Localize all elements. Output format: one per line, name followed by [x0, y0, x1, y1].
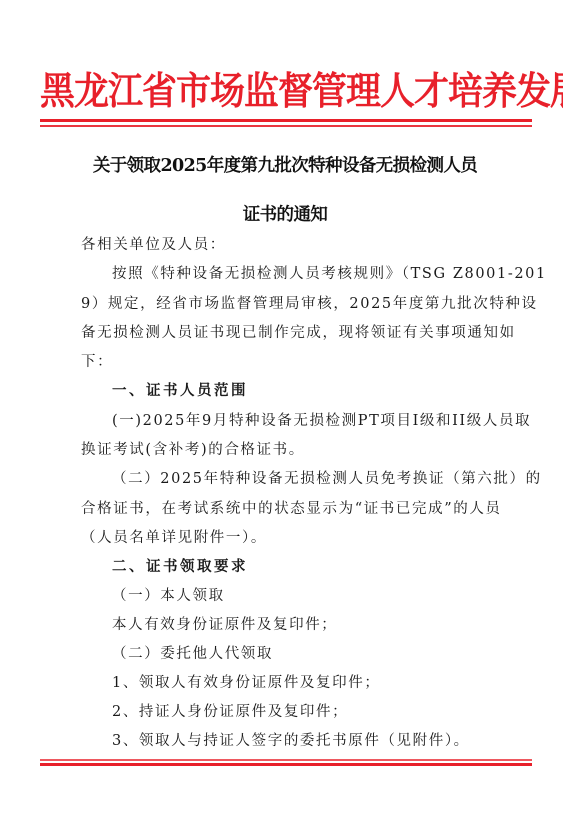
document-page: 黑龙江省市场监督管理人才培养发展中心 关于领取2025年度第九批次特种设备无损检… [0, 0, 563, 813]
section-2-sub-1-label: （一）本人领取 [112, 587, 225, 605]
footer-rule-thick [40, 763, 532, 766]
section-1-item-1-line: (一)2025年9月特种设备无损检测PT项目I级和II级人员取 [112, 412, 531, 430]
salutation: 各相关单位及人员： [81, 236, 226, 254]
section-1-item-1-line: 换证考试(含补考)的合格证书。 [81, 441, 305, 459]
section-2-sub-2-item: 2、持证人身份证原件及复印件； [112, 703, 348, 721]
intro-line: 9）规定，经省市场监督管理局审核，2025年度第九批次特种设 [81, 295, 538, 313]
notice-title-line-1: 关于领取2025年度第九批次特种设备无损检测人员 [60, 152, 510, 177]
section-1-heading: 一、证书人员范围 [112, 382, 248, 400]
intro-line: 按照《特种设备无损检测人员考核规则》（TSG Z8001-201 [112, 265, 547, 283]
intro-line: 备无损检测人员证书现已制作完成，现将领证有关事项通知如 [81, 324, 516, 342]
notice-title-line-2: 证书的通知 [60, 201, 510, 226]
intro-line: 下： [81, 353, 113, 371]
letterhead-rule-thick [40, 119, 532, 122]
section-2-heading: 二、证书领取要求 [112, 558, 248, 576]
section-2-sub-2-item: 1、领取人有效身份证原件及复印件； [112, 674, 380, 692]
section-1-item-2-line: 合格证书，在考试系统中的状态显示为“证书已完成”的人员 [81, 500, 502, 518]
section-1-item-2-line: （人员名单详见附件一）。 [81, 529, 267, 547]
footer-rule-thin [40, 759, 532, 761]
section-2-sub-1-text: 本人有效身份证原件及复印件； [112, 616, 337, 634]
section-1-item-2-line: （二）2025年特种设备无损检测人员免考换证（第六批）的 [112, 470, 542, 488]
section-2-sub-2-label: （二）委托他人代领取 [112, 645, 273, 663]
organization-letterhead: 黑龙江省市场监督管理人才培养发展中心 [40, 68, 526, 116]
section-2-sub-2-item: 3、领取人与持证人签字的委托书原件（见附件）。 [112, 732, 470, 750]
letterhead-rule-thin [40, 125, 532, 127]
